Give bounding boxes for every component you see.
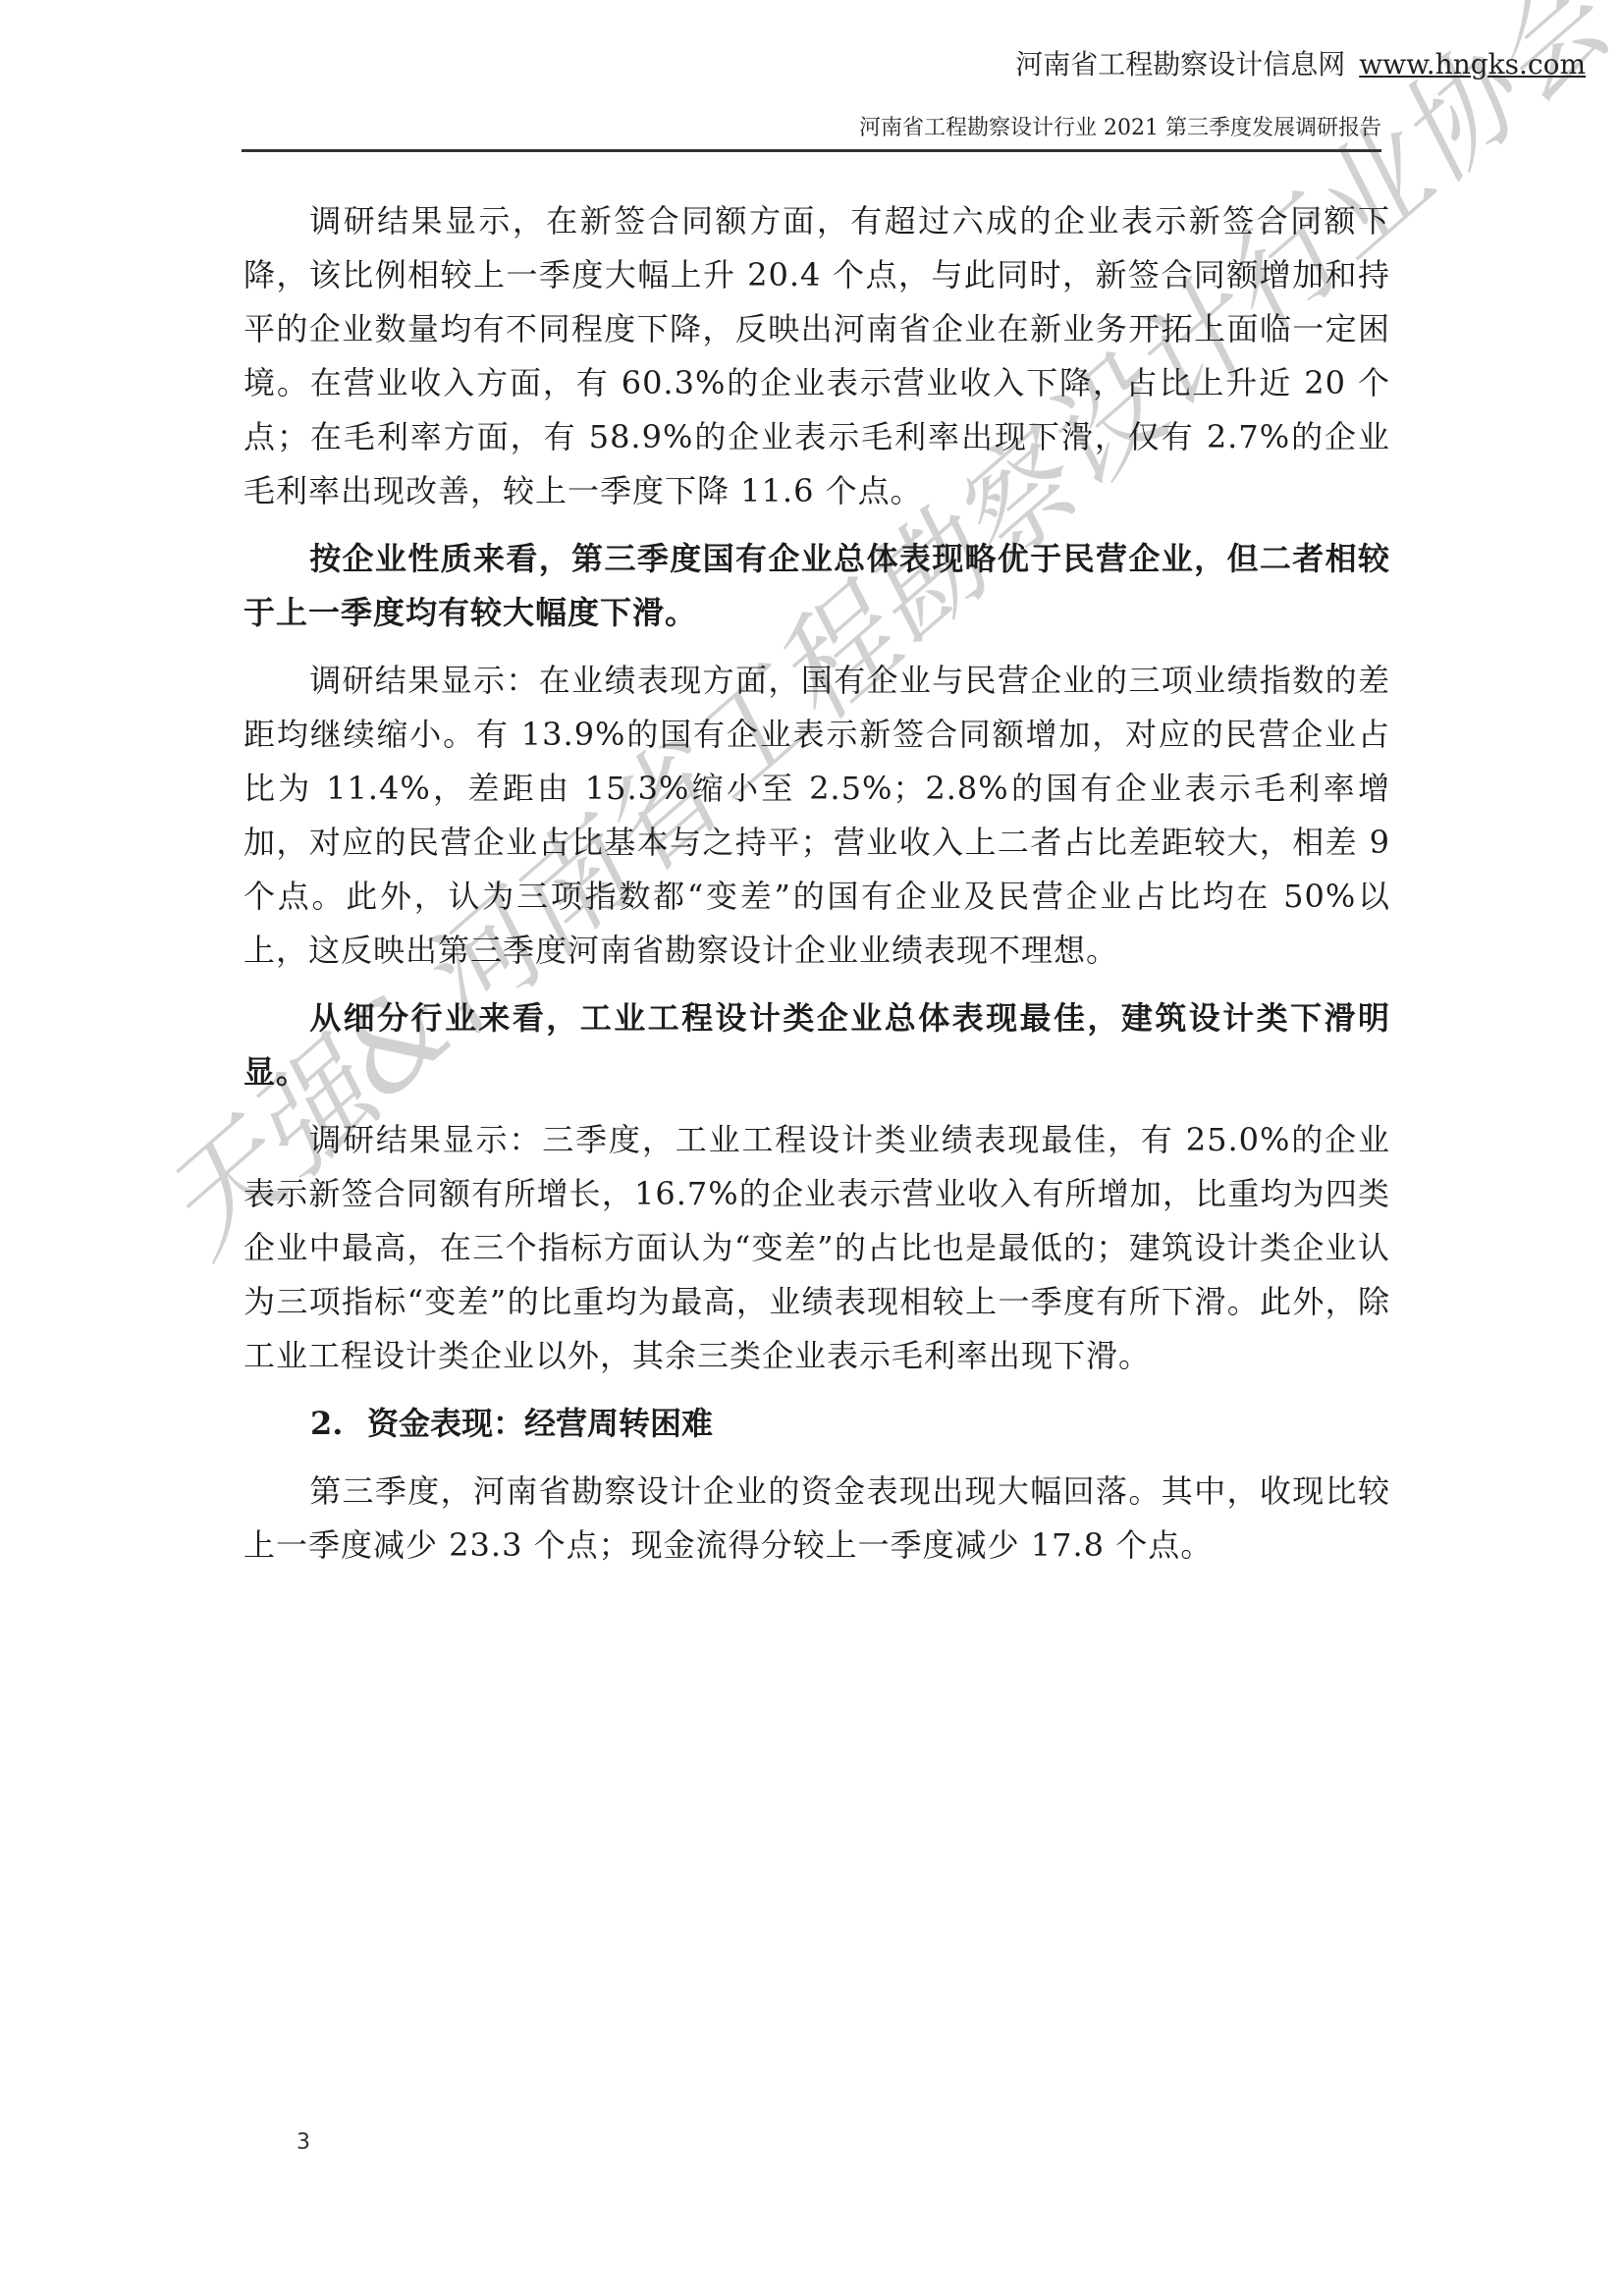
- paragraph-subindustry-details: 调研结果显示：三季度，工业工程设计类业绩表现最佳，有 25.0%的企业表示新签合…: [243, 1113, 1390, 1383]
- spacer: [243, 640, 1390, 654]
- section-number: 2.: [310, 1397, 367, 1451]
- report-title: 河南省工程勘察设计行业 2021 第三季度发展调研报告: [859, 114, 1381, 143]
- header-divider: [242, 149, 1381, 152]
- spacer: [243, 1099, 1390, 1113]
- paragraph-capital-performance: 第三季度，河南省勘察设计企业的资金表现出现大幅回落。其中，收现比较上一季度减少 …: [243, 1465, 1390, 1573]
- section-heading-capital: 2.资金表现：经营周转困难: [243, 1397, 1390, 1451]
- page-number: 3: [297, 2130, 310, 2155]
- site-name: 河南省工程勘察设计信息网: [1015, 48, 1345, 80]
- document-body: 调研结果显示，在新签合同额方面，有超过六成的企业表示新签合同额下降，该比例相较上…: [243, 194, 1390, 1573]
- spacer: [243, 518, 1390, 532]
- paragraph-ownership-details: 调研结果显示：在业绩表现方面，国有企业与民营企业的三项业绩指数的差距均继续缩小。…: [243, 654, 1390, 978]
- key-finding-subindustry: 从细分行业来看，工业工程设计类企业总体表现最佳，建筑设计类下滑明显。: [243, 991, 1390, 1099]
- key-finding-ownership: 按企业性质来看，第三季度国有企业总体表现略优于民营企业，但二者相较于上一季度均有…: [243, 532, 1390, 640]
- site-url-link[interactable]: www.hngks.com: [1359, 48, 1586, 80]
- paragraph-contract-revenue-margin: 调研结果显示，在新签合同额方面，有超过六成的企业表示新签合同额下降，该比例相较上…: [243, 194, 1390, 518]
- spacer: [243, 1383, 1390, 1397]
- spacer: [243, 1451, 1390, 1465]
- spacer: [243, 978, 1390, 991]
- site-header: 河南省工程勘察设计信息网www.hngks.com: [1015, 47, 1586, 82]
- section-title: 资金表现：经营周转困难: [367, 1405, 713, 1442]
